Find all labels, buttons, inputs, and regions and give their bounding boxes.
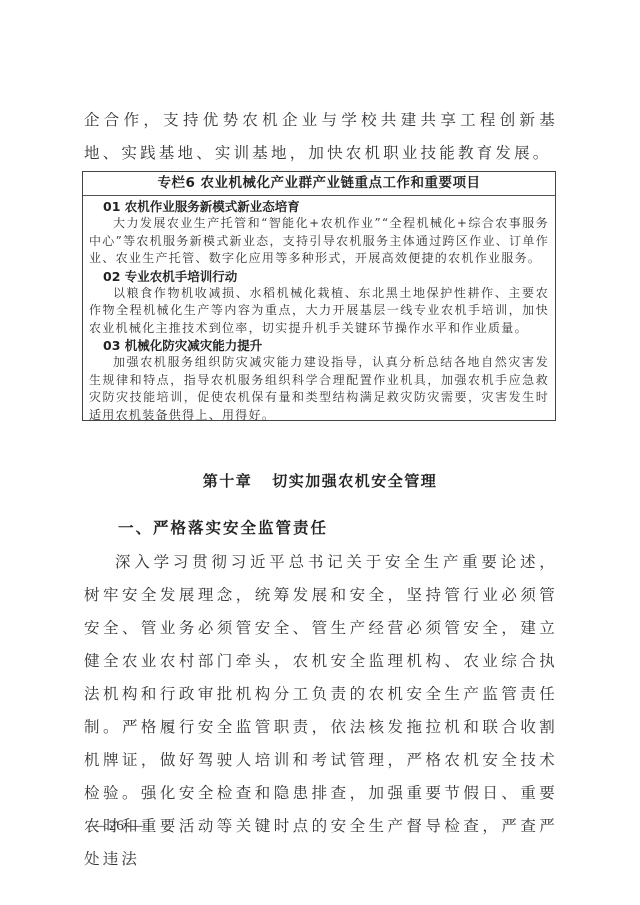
box-item-title: 03 机械化防灾减灾能力提升 — [103, 337, 549, 354]
intro-paragraph: 企合作，支持优势农机企业与学校共建共享工程创新基地、实践基地、实训基地，加快农机… — [84, 104, 558, 170]
box-item-title: 01 农机作业服务新模式新业态培育 — [103, 198, 549, 215]
section-heading: 一、严格落实安全监管责任 — [118, 516, 328, 538]
box-item-text: 加强农机服务组织防灾减灾能力建设指导，认真分析总结各地自然灾害发生规律和特点，指… — [89, 354, 549, 424]
box-title: 专栏6 农业机械化产业群产业链重点工作和重要项目 — [83, 172, 555, 196]
body-paragraph: 深入学习贯彻习近平总书记关于安全生产重要论述，树牢安全发展理念，统筹发展和安全，… — [84, 546, 558, 876]
box-item-text: 以粮食作物机收减损、水稻机械化栽植、东北黑土地保护性耕作、主要农作物全程机械化生… — [89, 285, 549, 338]
page-number: — 26 — — [90, 818, 143, 835]
body-text: 深入学习贯彻习近平总书记关于安全生产重要论述，树牢安全发展理念，统筹发展和安全，… — [84, 546, 558, 876]
chapter-title: 切实加强农机安全管理 — [272, 472, 437, 490]
box-body: 01 农机作业服务新模式新业态培育 大力发展农业生产托管和“智能化+农机作业”“… — [83, 196, 555, 424]
chapter-number: 第十章 — [203, 472, 253, 490]
chapter-heading: 第十章切实加强农机安全管理 — [0, 470, 640, 491]
box-item-text: 大力发展农业生产托管和“智能化+农机作业”“全程机械化+综合农事服务中心”等农机… — [89, 215, 549, 268]
box-item-title: 02 专业农机手培训行动 — [103, 268, 549, 285]
special-column-box: 专栏6 农业机械化产业群产业链重点工作和重要项目 01 农机作业服务新模式新业态… — [82, 171, 556, 421]
